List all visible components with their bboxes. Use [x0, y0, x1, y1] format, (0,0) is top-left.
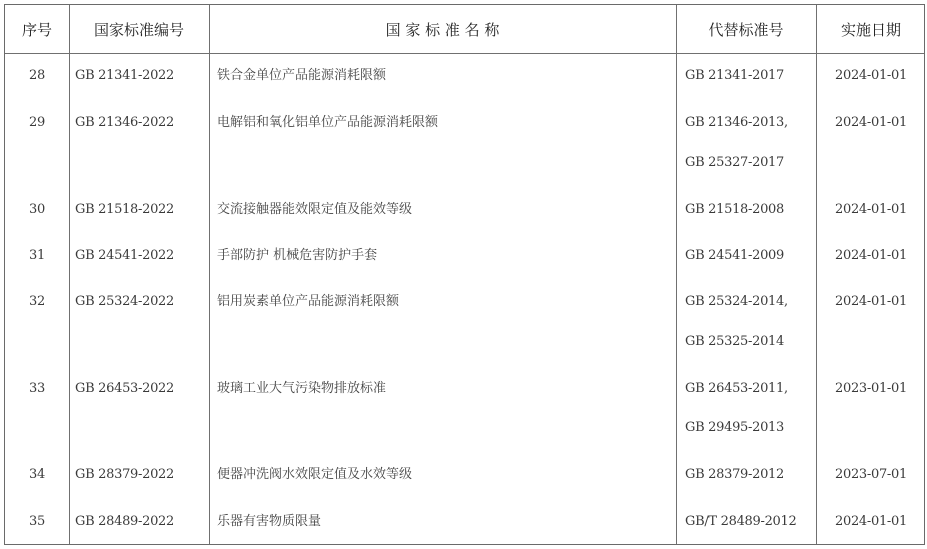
seq-cell: 32 [5, 291, 69, 313]
name-cell: 乐器有害物质限量 [217, 511, 321, 533]
seq-cell: 33 [5, 378, 69, 400]
header-implementation-date: 实施日期 [816, 5, 926, 53]
date-cell: 2024-01-01 [816, 245, 926, 267]
replaced-cell: GB 28379-2012 [685, 464, 784, 486]
header-replaced-standard: 代替标准号 [676, 5, 816, 53]
replaced-cell: GB 21341-2017 [685, 65, 784, 87]
seq-cell: 30 [5, 199, 69, 221]
code-cell: GB 21346-2022 [75, 112, 174, 134]
code-cell: GB 24541-2022 [75, 245, 174, 267]
name-cell: 便器冲洗阀水效限定值及水效等级 [217, 464, 412, 486]
date-cell: 2023-07-01 [816, 464, 926, 486]
replaced-cell: GB 25325-2014 [685, 331, 784, 353]
seq-cell: 28 [5, 65, 69, 87]
date-cell: 2024-01-01 [816, 65, 926, 87]
name-cell: 电解铝和氧化铝单位产品能源消耗限额 [217, 112, 438, 134]
replaced-cell: GB 25327-2017 [685, 152, 784, 174]
replaced-cell: GB 29495-2013 [685, 417, 784, 439]
name-cell: 铁合金单位产品能源消耗限额 [217, 65, 386, 87]
name-cell: 玻璃工业大气污染物排放标准 [217, 378, 386, 400]
header-standard-code: 国家标准编号 [69, 5, 209, 53]
date-cell: 2024-01-01 [816, 112, 926, 134]
replaced-cell: GB 21346-2013, [685, 112, 788, 134]
date-cell: 2024-01-01 [816, 511, 926, 533]
code-cell: GB 28489-2022 [75, 511, 174, 533]
seq-cell: 31 [5, 245, 69, 267]
name-cell: 交流接触器能效限定值及能效等级 [217, 199, 412, 221]
header-seq: 序号 [5, 5, 69, 53]
column-divider [209, 5, 210, 544]
replaced-cell: GB/T 28489-2012 [685, 511, 796, 533]
name-cell: 铝用炭素单位产品能源消耗限额 [217, 291, 399, 313]
header-standard-name: 国 家 标 准 名 称 [209, 5, 676, 53]
replaced-cell: GB 25324-2014, [685, 291, 788, 313]
code-cell: GB 28379-2022 [75, 464, 174, 486]
code-cell: GB 21341-2022 [75, 65, 174, 87]
seq-cell: 34 [5, 464, 69, 486]
code-cell: GB 25324-2022 [75, 291, 174, 313]
date-cell: 2023-01-01 [816, 378, 926, 400]
replaced-cell: GB 21518-2008 [685, 199, 784, 221]
header-divider [5, 53, 924, 54]
date-cell: 2024-01-01 [816, 199, 926, 221]
standards-table: 序号 国家标准编号 国 家 标 准 名 称 代替标准号 实施日期 28 GB 2… [4, 4, 925, 545]
date-cell: 2024-01-01 [816, 291, 926, 313]
name-cell: 手部防护 机械危害防护手套 [217, 245, 377, 267]
replaced-cell: GB 24541-2009 [685, 245, 784, 267]
code-cell: GB 26453-2022 [75, 378, 174, 400]
seq-cell: 35 [5, 511, 69, 533]
replaced-cell: GB 26453-2011, [685, 378, 788, 400]
column-divider [676, 5, 677, 544]
column-divider [69, 5, 70, 544]
seq-cell: 29 [5, 112, 69, 134]
code-cell: GB 21518-2022 [75, 199, 174, 221]
